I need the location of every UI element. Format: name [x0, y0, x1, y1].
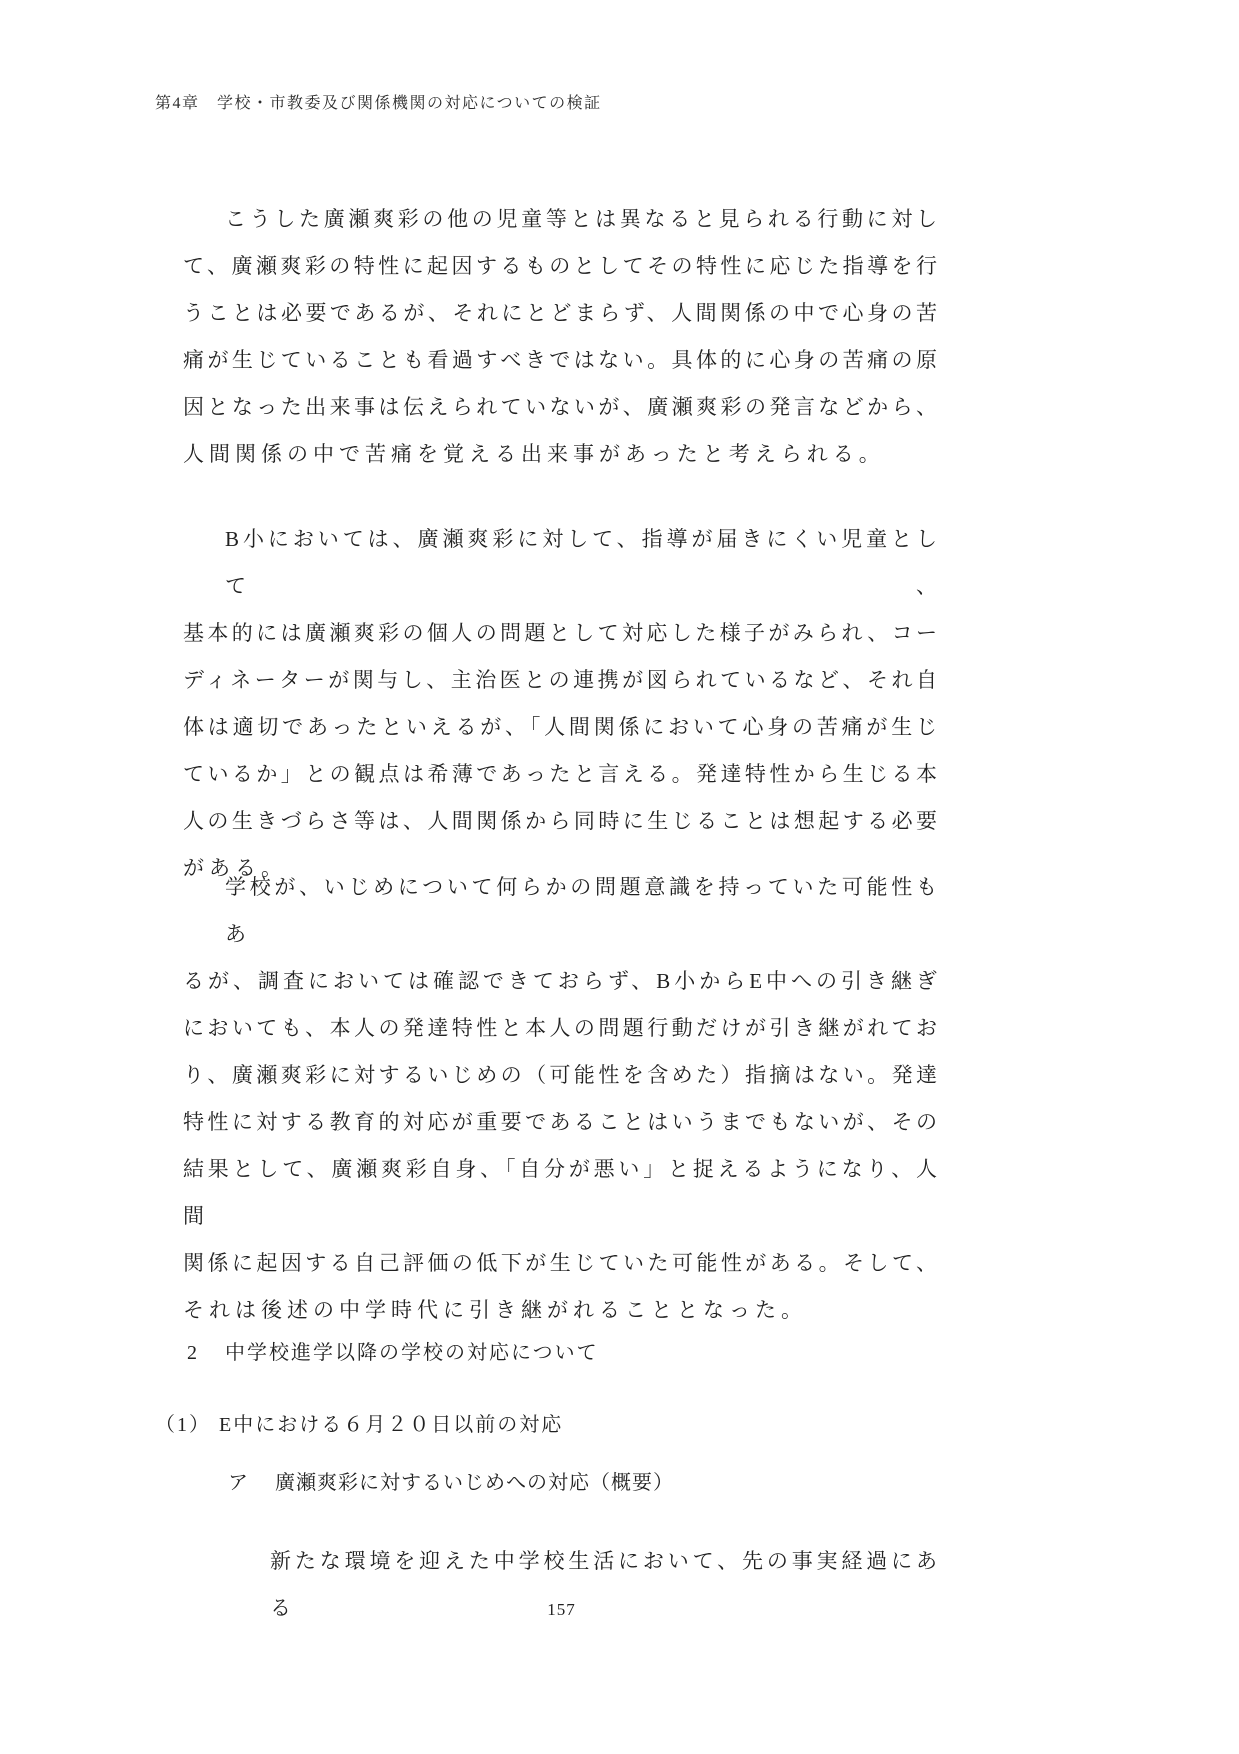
text-line: ているか」との観点は希薄であったと言える。発達特性から生じる本	[183, 751, 940, 798]
text-line: ディネーターが関与し、主治医との連携が図られているなど、それ自	[183, 657, 940, 704]
chapter-header: 第4章 学校・市教委及び関係機関の対応についての検証	[155, 90, 602, 113]
text-line: り、廣瀬爽彩に対するいじめの（可能性を含めた）指摘はない。発達	[183, 1052, 940, 1099]
paragraph-2: B小においては、廣瀬爽彩に対して、指導が届きにくい児童として、 基本的には廣瀬爽…	[183, 516, 940, 892]
text-line: るが、調査においては確認できておらず、B小からE中への引き継ぎ	[183, 958, 940, 1005]
subsection-title: 廣瀬爽彩に対するいじめへの対応（概要）	[275, 1472, 674, 1494]
paragraph-3: 学校が、いじめについて何らかの問題意識を持っていた可能性もあ るが、調査において…	[183, 864, 940, 1334]
text-line: 学校が、いじめについて何らかの問題意識を持っていた可能性もあ	[183, 864, 940, 958]
text-line: 因となった出来事は伝えられていないが、廣瀬爽彩の発言などから、	[183, 384, 940, 431]
subsection-label: ア	[228, 1472, 249, 1494]
text-line: 人の生きづらさ等は、人間関係から同時に生じることは想起する必要	[183, 798, 940, 845]
subsection-title: E中における６月２０日以前の対応	[219, 1414, 563, 1436]
section-heading-2: 2中学校進学以降の学校の対応について	[187, 1338, 599, 1368]
section-number: 2	[187, 1342, 199, 1364]
text-line: こうした廣瀬爽彩の他の児童等とは異なると見られる行動に対し	[183, 196, 940, 243]
text-line: 人間関係の中で苦痛を覚える出来事があったと考えられる。	[183, 431, 940, 478]
text-line: 基本的には廣瀬爽彩の個人の問題として対応した様子がみられ、コー	[183, 610, 940, 657]
text-line: 特性に対する教育的対応が重要であることはいうまでもないが、その	[183, 1099, 940, 1146]
page-number: 157	[183, 1600, 940, 1620]
subsection-heading-a: ア廣瀬爽彩に対するいじめへの対応（概要）	[228, 1468, 674, 1498]
text-line: においても、本人の発達特性と本人の問題行動だけが引き継がれてお	[183, 1005, 940, 1052]
subsection-heading-1: （1）E中における６月２０日以前の対応	[155, 1410, 563, 1440]
text-line: て、廣瀬爽彩の特性に起因するものとしてその特性に応じた指導を行	[183, 243, 940, 290]
subsection-label: （1）	[155, 1414, 211, 1436]
text-line: 痛が生じていることも看過すべきではない。具体的に心身の苦痛の原	[183, 337, 940, 384]
section-title: 中学校進学以降の学校の対応について	[225, 1342, 599, 1364]
text-line: B小においては、廣瀬爽彩に対して、指導が届きにくい児童として、	[183, 516, 940, 610]
document-page: 第4章 学校・市教委及び関係機関の対応についての検証 こうした廣瀬爽彩の他の児童…	[0, 0, 1239, 1754]
text-line: うことは必要であるが、それにとどまらず、人間関係の中で心身の苦	[183, 290, 940, 337]
text-line: 関係に起因する自己評価の低下が生じていた可能性がある。そして、	[183, 1240, 940, 1287]
text-line: 体は適切であったといえるが、「人間関係において心身の苦痛が生じ	[183, 704, 940, 751]
paragraph-1: こうした廣瀬爽彩の他の児童等とは異なると見られる行動に対し て、廣瀬爽彩の特性に…	[183, 196, 940, 478]
text-line: それは後述の中学時代に引き継がれることとなった。	[183, 1287, 940, 1334]
text-line: 結果として、廣瀬爽彩自身、「自分が悪い」と捉えるようになり、人間	[183, 1146, 940, 1240]
